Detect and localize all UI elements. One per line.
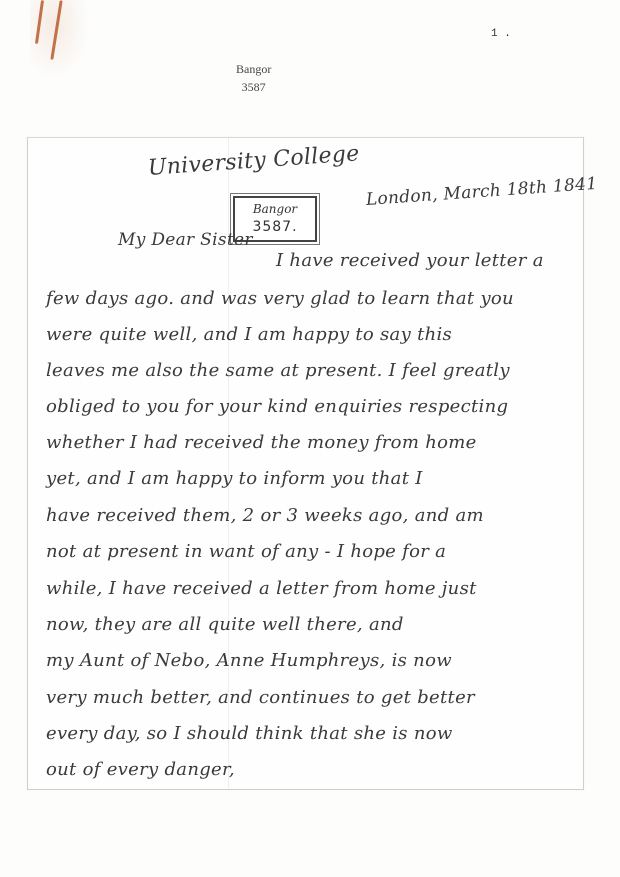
page-number: 1 . — [491, 28, 511, 40]
letter-heading-institution: University College — [147, 141, 360, 181]
letter-line: whether I had received the money from ho… — [46, 432, 477, 453]
letter-line: my Aunt of Nebo, Anne Humphreys, is now — [46, 650, 452, 671]
letter-line: were quite well, and I am happy to say t… — [46, 324, 452, 345]
letter-line: very much better, and continues to get b… — [46, 687, 475, 708]
salutation: My Dear Sister — [118, 230, 253, 250]
letter-line: yet, and I am happy to inform you that I — [46, 468, 423, 489]
letter-line: few days ago. and was very glad to learn… — [46, 288, 514, 309]
letter-line: every day, so I should think that she is… — [46, 723, 453, 744]
letter-line: now, they are all quite well there, and — [46, 614, 404, 635]
letter-line: leaves me also the same at present. I fe… — [46, 360, 510, 381]
letter-sheet: University College London, March 18th 18… — [27, 137, 584, 790]
letter-line: while, I have received a letter from hom… — [46, 578, 477, 599]
archive-item-number: 3587 — [236, 78, 271, 96]
letter-line: not at present in want of any - I hope f… — [46, 541, 446, 562]
stamp-collection: Bangor — [235, 200, 315, 218]
archive-collection: Bangor — [236, 60, 271, 78]
letter-line: I have received your letter a — [276, 250, 544, 271]
letter-line: have received them, 2 or 3 weeks ago, an… — [46, 505, 484, 526]
letter-heading-date: London, March 18th 1841 — [365, 174, 598, 210]
letter-line: out of every danger, — [46, 759, 235, 780]
letter-line: obliged to you for your kind enquiries r… — [46, 396, 508, 417]
archive-label: Bangor 3587 — [236, 60, 271, 96]
